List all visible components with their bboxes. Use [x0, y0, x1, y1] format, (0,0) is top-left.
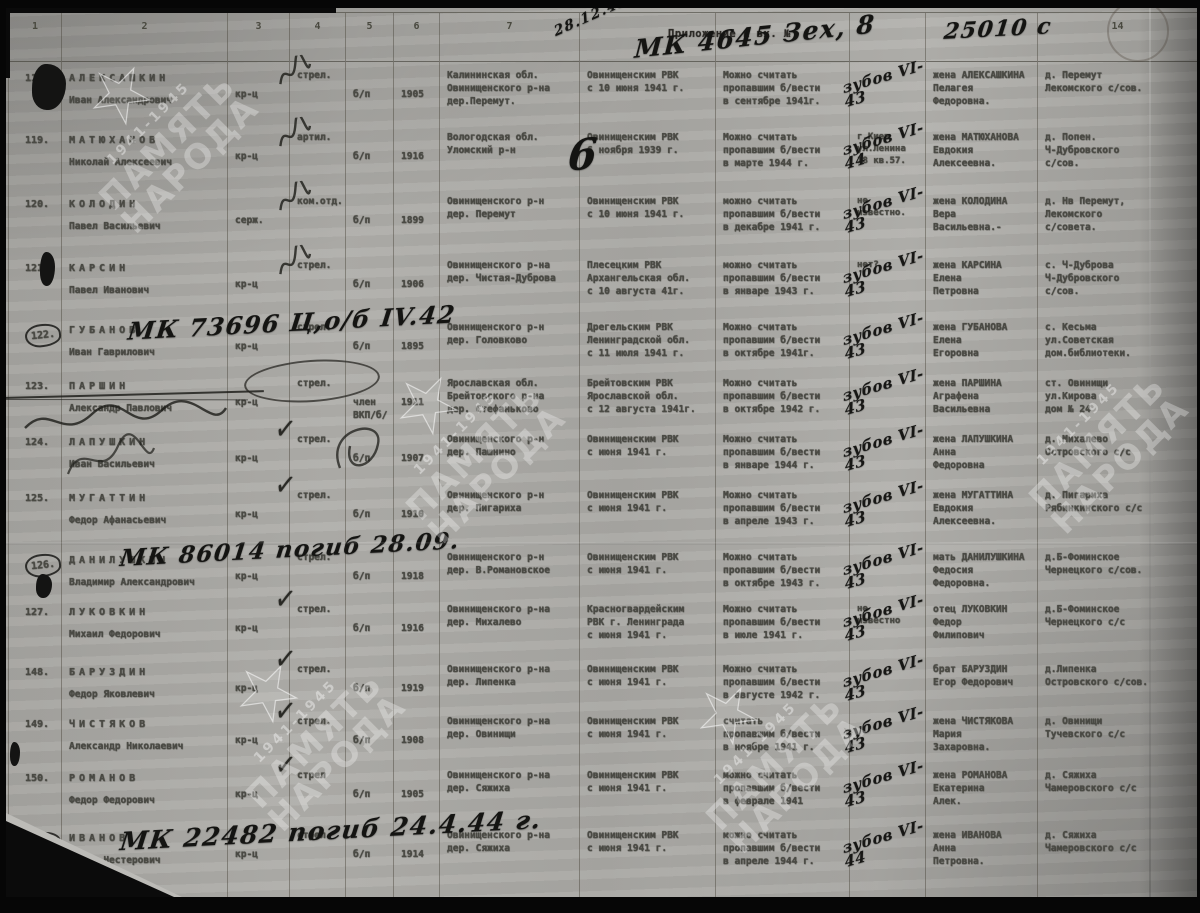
birthplace: Овинищенского р-н дер. Пашнино	[440, 426, 580, 482]
row-number: 126.	[8, 544, 62, 596]
drafted-by-rvk: Дрегельским РВК Ленинградской обл. с 11 …	[580, 314, 716, 370]
table-row: 118.АЛЕКСАШКИНИван Александровичкр-цстре…	[8, 62, 1197, 124]
given-name: Александр Николаевич	[69, 740, 224, 753]
surname: МУГАТТИН	[69, 492, 224, 505]
handwritten-mark: зубов VI-44	[842, 815, 937, 869]
family-address: д. Пигариха Рябинкинского с/с	[1038, 482, 1197, 544]
specialty: ✓стрел.	[290, 596, 346, 656]
birthplace: Овинищенского р-на дер. Овинищи	[440, 708, 580, 762]
specialty-text: стрел.	[297, 604, 331, 615]
drafted-by-rvk: Брейтовским РВК Ярославской обл. с 12 ав…	[580, 370, 716, 426]
drafted-by-rvk: Овинищенским РВК с июня 1941 г.	[580, 544, 716, 596]
drafted-by-rvk: Овинищенским РВК с июня 1941 г.	[580, 426, 716, 482]
clerk-mark	[850, 892, 926, 897]
loss-conclusion: можно считать пропавшим б/вести в апреле…	[716, 822, 850, 892]
family-address: д. Овинищи Тучевского с/с	[1038, 708, 1197, 762]
checkmark: ✓	[276, 701, 295, 720]
table-row: 120.КОЛОДИНПавел Васильевичсерж.ком.отд.…	[8, 188, 1197, 252]
checkmark: ✓	[276, 755, 295, 774]
clerk-mark: зубов VI-43	[850, 656, 926, 708]
surname: КАРСИН	[69, 262, 224, 275]
pen-scrawl	[274, 180, 316, 219]
handwritten-mark: зубов VI-43	[842, 755, 937, 809]
row-number-value: 119.	[25, 135, 49, 146]
soldier-name: РОМАНОВФедор Федорович	[62, 762, 228, 822]
birth-year: 1908	[394, 708, 440, 762]
pen-scrawl	[274, 244, 316, 283]
family-address: ст. Овинищи ул.Кирова дом № 24	[1038, 370, 1197, 426]
drafted-by-rvk: Овинищенским РВК с июня 1941 г.	[580, 656, 716, 708]
birthplace: Овинищенского р-н дер. Перемут	[440, 188, 580, 252]
given-name: Федор Федорович	[69, 794, 224, 807]
loss-conclusion: Можно считать пропавшим б/вести в июле 1…	[716, 596, 850, 656]
family-address: д.Б-Фоминское Чернецкого с/с	[1038, 596, 1197, 656]
specialty: ✓стрел	[290, 762, 346, 822]
birth-year: 1911	[394, 370, 440, 426]
torn-top-edge	[6, 8, 336, 13]
handwritten-mark: зубов VI-43	[842, 537, 937, 591]
soldier-name: КОЛОДИНПавел Васильевич	[62, 188, 228, 252]
column-number: 6	[394, 13, 440, 62]
specialty-text: стрел.	[297, 434, 331, 445]
clerk-mark: г.Киев ул.Ленина 18 кв.57.зубов VI-44	[850, 124, 926, 188]
specialty: ✓стрел.	[290, 656, 346, 708]
pen-scrawl	[274, 116, 316, 155]
birth-year: 1919	[394, 656, 440, 708]
next-of-kin: жена МУГАТТИНА Евдокия Алексеевна.	[926, 482, 1038, 544]
next-of-kin: жена ИВАНОВА Анна Петровна.	[926, 822, 1038, 892]
row-number-value: 127.	[25, 607, 49, 618]
table-row: 150.РОМАНОВФедор Федоровичкр-ц✓стрелб/п1…	[8, 762, 1197, 822]
row-number: 120.	[8, 188, 62, 252]
family-address: д.Б-Фоминское Чернецкого с/сов.	[1038, 544, 1197, 596]
military-rank	[228, 892, 290, 897]
surname: ЧИСТЯКОВ	[69, 718, 224, 731]
drafted-by-rvk: Овинищенским РВК с июня 1941 г.	[580, 822, 716, 892]
handwritten-mark: зубов VI-43	[842, 307, 937, 361]
clerk-mark: не известно.зубов VI-43	[850, 188, 926, 252]
given-name: Иван Александрович	[69, 94, 224, 107]
soldier-name: МУГАТТИНФедор Афанасьевич	[62, 482, 228, 544]
soldier-name: МАТЮХАНОВНиколай Алексеевич	[62, 124, 228, 188]
next-of-kin: брат БАРУЗДИН Егор Федорович	[926, 656, 1038, 708]
records-table-body: 118.АЛЕКСАШКИНИван Александровичкр-цстре…	[8, 62, 1197, 897]
checkmark: ✓	[276, 475, 295, 494]
party-status	[346, 892, 394, 897]
handwritten-mark: зубов VI-43	[842, 701, 937, 755]
specialty-text: стрел.	[297, 716, 331, 727]
family-address: д. Попен. Ч-Дубровского с/сов.	[1038, 124, 1197, 188]
table-row: 119.МАТЮХАНОВНиколай Алексеевичкр-цартил…	[8, 124, 1197, 188]
surname: БАРУЗДИН	[69, 666, 224, 679]
clerk-mark: зубов VI-43	[850, 708, 926, 762]
next-of-kin: жена ГУБАНОВА Елена Егоровна	[926, 314, 1038, 370]
given-name: Михаил Федорович	[69, 628, 224, 641]
given-name: Владимир Александрович	[69, 576, 224, 589]
party-status: б/п	[346, 62, 394, 124]
table-row: 122.ГУБАНОВИван Гавриловичкр-цстрел.б/п1…	[8, 314, 1197, 370]
row-number-value: 148.	[25, 667, 49, 678]
clerk-mark: нет?зубов VI-43	[850, 252, 926, 314]
family-address: д. Сяжиха Чамеровского с/с	[1038, 822, 1197, 892]
surname: РОМАНОВ	[69, 772, 224, 785]
next-of-kin: жена ПАРШИНА Аграфена Васильевна	[926, 370, 1038, 426]
column-number: 1	[8, 13, 62, 62]
handwritten-mark: зубов VI-43	[842, 475, 937, 529]
row-number: 148.	[8, 656, 62, 708]
drafted-by-rvk: Овинищенским РВК с июня 1941 г.	[580, 708, 716, 762]
clerk-mark: зубов VI-43	[850, 762, 926, 822]
row-number: 127.	[8, 596, 62, 656]
handwritten-mark: зубов VI-43	[842, 363, 937, 417]
specialty-text: стрел.	[297, 664, 331, 675]
loss-conclusion: Можно считать пропавшим б/вести в октябр…	[716, 544, 850, 596]
birthplace	[440, 892, 580, 897]
table-row: 127.ЛУКОВКИНМихаил Федоровичкр-ц✓стрел.б…	[8, 596, 1197, 656]
table-row: 151.ИВАНОВПавел Нестеровичкр-цстрел.б/п1…	[8, 822, 1197, 892]
handwritten-mark: зубов VI-43	[842, 649, 937, 703]
soldier-name: БАРУЗДИНФедор Яковлевич	[62, 656, 228, 708]
birthplace: Овинищенского р-н дер. Пигариха	[440, 482, 580, 544]
loss-conclusion: Можно считать пропавшим б/вести в октябр…	[716, 370, 850, 426]
row-number: 119.	[8, 124, 62, 188]
drafted-by-rvk	[580, 892, 716, 897]
party-status: б/п	[346, 708, 394, 762]
drafted-by-rvk: Овинищенским РВК с 10 июня 1941 г.	[580, 62, 716, 124]
drafted-by-rvk: Плесецким РВК Архангельская обл. с 10 ав…	[580, 252, 716, 314]
drafted-by-rvk: Овинищенским РВК с 10 июня 1941 г.	[580, 188, 716, 252]
column-number: 5	[346, 13, 394, 62]
row-number-value: 125.	[25, 493, 49, 504]
handwritten-mark: зубов VI-43	[842, 55, 937, 109]
clerk-mark: не известнозубов VI-43	[850, 596, 926, 656]
torn-left-edge	[6, 8, 10, 78]
next-of-kin: жена КАРСИНА Елена Петровна	[926, 252, 1038, 314]
birthplace: Овинищенского р-на дер. Михалево	[440, 596, 580, 656]
birthplace: Калининская обл. Овинищенского р-на дер.…	[440, 62, 580, 124]
soldier-name: КАРСИНПавел Иванович	[62, 252, 228, 314]
family-address: с. Кесьма ул.Советская дом.библиотеки.	[1038, 314, 1197, 370]
drafted-by-rvk: Овинищенским РВК 6 ноября 1939 г.	[580, 124, 716, 188]
loss-conclusion: можно считать пропавшим б/вести в декабр…	[716, 188, 850, 252]
specialty: стрел.	[290, 62, 346, 124]
table-row: 126.ДАНИЛУШКИНВладимир Александровичкр-ц…	[8, 544, 1197, 596]
loss-conclusion: считать пропавшим б/вести в ноябре 1941 …	[716, 708, 850, 762]
family-address: д. Перемут Лекомского с/сов.	[1038, 62, 1197, 124]
birth-year	[394, 892, 440, 897]
checkmark: ✓	[276, 649, 295, 668]
birth-year: 1899	[394, 188, 440, 252]
specialty	[290, 892, 346, 897]
row-number: 150.	[8, 762, 62, 822]
soldier-name: ЛУКОВКИНМихаил Федорович	[62, 596, 228, 656]
casualty-records-table: 1 2 3 4 5 6 7 14 118.АЛЕКСАШКИНИван Алек…	[8, 12, 1197, 897]
next-of-kin: жена КОЛОДИНА Вера Васильевна.-	[926, 188, 1038, 252]
surname: ЛУКОВКИН	[69, 606, 224, 619]
clerk-mark: зубов VI-43	[850, 426, 926, 482]
given-name: Николай Алексеевич	[69, 156, 224, 169]
handwritten-mark: зубов VI-43	[842, 181, 937, 235]
birthplace: Овинищенского р-н дер. В.Романовское	[440, 544, 580, 596]
given-name: Павел Васильевич	[69, 220, 224, 233]
clerk-mark: зубов VI-43	[850, 62, 926, 124]
loss-conclusion: Можно считать пропавшим б/вести в октябр…	[716, 314, 850, 370]
birthplace: Овинищенского р-на дер. Липенка	[440, 656, 580, 708]
birth-year: 1907	[394, 426, 440, 482]
next-of-kin: жена РОМАНОВА Екатерина Алек.	[926, 762, 1038, 822]
birthplace: Ярославская обл. Брейтовского р-на дер. …	[440, 370, 580, 426]
birth-year: 1905	[394, 62, 440, 124]
specialty: ✓стрел.	[290, 708, 346, 762]
family-address	[1038, 892, 1197, 897]
table-row: 149.ЧИСТЯКОВАлександр Николаевичкр-ц✓стр…	[8, 708, 1197, 762]
pen-scrawl	[274, 54, 316, 93]
checkmark: ✓	[276, 589, 295, 608]
soldier-name: ЧИСТЯКОВАлександр Николаевич	[62, 708, 228, 762]
drafted-by-rvk: Овинищенским РВК с июня 1941 г.	[580, 762, 716, 822]
surname: АЛЕКСАШКИН	[69, 72, 224, 85]
given-name: Федор Яковлевич	[69, 688, 224, 701]
specialty-text: стрел.	[297, 490, 331, 501]
drafted-by-rvk: Овинищенским РВК с июня 1941 г.	[580, 482, 716, 544]
birthplace: Овинищенского р-н дер. Головково	[440, 314, 580, 370]
next-of-kin: жена ЧИСТЯКОВА Мария Захаровна.	[926, 708, 1038, 762]
family-address: д. Михалево Островского с/с	[1038, 426, 1197, 482]
row-number-value: 122.	[24, 322, 62, 349]
given-name: Иван Гаврилович	[69, 346, 224, 359]
party-status: б/п	[346, 124, 394, 188]
next-of-kin: отец ЛУКОВКИН Федор Филипович	[926, 596, 1038, 656]
row-number-value: 120.	[25, 199, 49, 210]
loss-conclusion: Можно считать пропавшим б/вести в август…	[716, 656, 850, 708]
specialty: артил.	[290, 124, 346, 188]
drafted-by-rvk: Красногвардейским РВК г. Ленинграда с ию…	[580, 596, 716, 656]
table-row: 148.БАРУЗДИНФедор Яковлевичкр-ц✓стрел.б/…	[8, 656, 1197, 708]
handwritten-mark: зубов VI-43	[842, 245, 937, 299]
row-number: 122.	[8, 314, 62, 370]
row-number-value: 150.	[25, 773, 49, 784]
birth-year: 1916	[394, 596, 440, 656]
handwritten-mark: зубов VI-43	[842, 419, 937, 473]
handwritten-mark: зубов VI-43	[842, 589, 937, 643]
loss-conclusion: Можно считать пропавшим б/вести в марте …	[716, 124, 850, 188]
birthplace: Вологодская обл. Уломский р-н	[440, 124, 580, 188]
table-row: 121.КАРСИНПавел Ивановичкр-цстрел.б/п190…	[8, 252, 1197, 314]
loss-conclusion: Можно считать пропавшим б/вести в январе…	[716, 426, 850, 482]
given-name: Федор Афанасьевич	[69, 514, 224, 527]
checkmark: ✓	[276, 419, 295, 438]
specialty: ком.отд.	[290, 188, 346, 252]
birthplace: Овинищенского р-на дер. Чистая-Дуброва	[440, 252, 580, 314]
loss-conclusion	[716, 892, 850, 897]
party-status: б/п	[346, 188, 394, 252]
birth-year: 1916	[394, 124, 440, 188]
loss-conclusion: Можно считать пропавшим б/вести в апреле…	[716, 482, 850, 544]
party-status: б/п	[346, 596, 394, 656]
row-number-value: 149.	[25, 719, 49, 730]
next-of-kin: жена АЛЕКСАШКИНА Пелагея Федоровна.	[926, 62, 1038, 124]
clerk-mark: зубов VI-43	[850, 482, 926, 544]
party-status: б/п	[346, 656, 394, 708]
family-address: д. Сяжиха Чамеровского с/с	[1038, 762, 1197, 822]
handwritten-note: 6	[566, 128, 600, 181]
row-number: 125.	[8, 482, 62, 544]
pen-scribble	[62, 430, 158, 488]
soldier-name: АЛЕКСАШКИНИван Александрович	[62, 62, 228, 124]
specialty-text: стрел	[297, 770, 326, 781]
surname: МАТЮХАНОВ	[69, 134, 224, 147]
clerk-mark: зубов VI-44	[850, 822, 926, 892]
column-number: 2	[62, 13, 228, 62]
loss-conclusion: Можно считать пропавшим б/вести в сентяб…	[716, 62, 850, 124]
next-of-kin	[926, 892, 1038, 897]
next-of-kin: мать ДАНИЛУШКИНА Федосия Федоровна.	[926, 544, 1038, 596]
clerk-mark: зубов VI-43	[850, 370, 926, 426]
document-scan: 1 2 3 4 5 6 7 14 118.АЛЕКСАШКИНИван Алек…	[6, 8, 1197, 897]
clerk-mark: зубов VI-43	[850, 314, 926, 370]
family-address: д. Нв Перемут, Лекомского с/совета.	[1038, 188, 1197, 252]
table-row-spacer	[8, 892, 1197, 897]
pen-scribble	[328, 416, 400, 478]
loss-conclusion: можно считать пропавшим б/вести в январе…	[716, 252, 850, 314]
family-address: с. Ч-Дуброва Ч-Дубровского с/сов.	[1038, 252, 1197, 314]
table-row: 125.МУГАТТИНФедор Афанасьевичкр-ц✓стрел.…	[8, 482, 1197, 544]
family-address: д.Липенка Островского с/сов.	[1038, 656, 1197, 708]
surname: КОЛОДИН	[69, 198, 224, 211]
next-of-kin: жена МАТЮХАНОВА Евдокия Алексеевна.	[926, 124, 1038, 188]
column-number: 3	[228, 13, 290, 62]
clerk-mark: зубов VI-43	[850, 544, 926, 596]
next-of-kin: жена ЛАПУШКИНА Анна Федоровна	[926, 426, 1038, 482]
given-name: Павел Иванович	[69, 284, 224, 297]
loss-conclusion: можно считать пропавшим б/вести в феврал…	[716, 762, 850, 822]
row-number-value: 123.	[25, 381, 49, 392]
